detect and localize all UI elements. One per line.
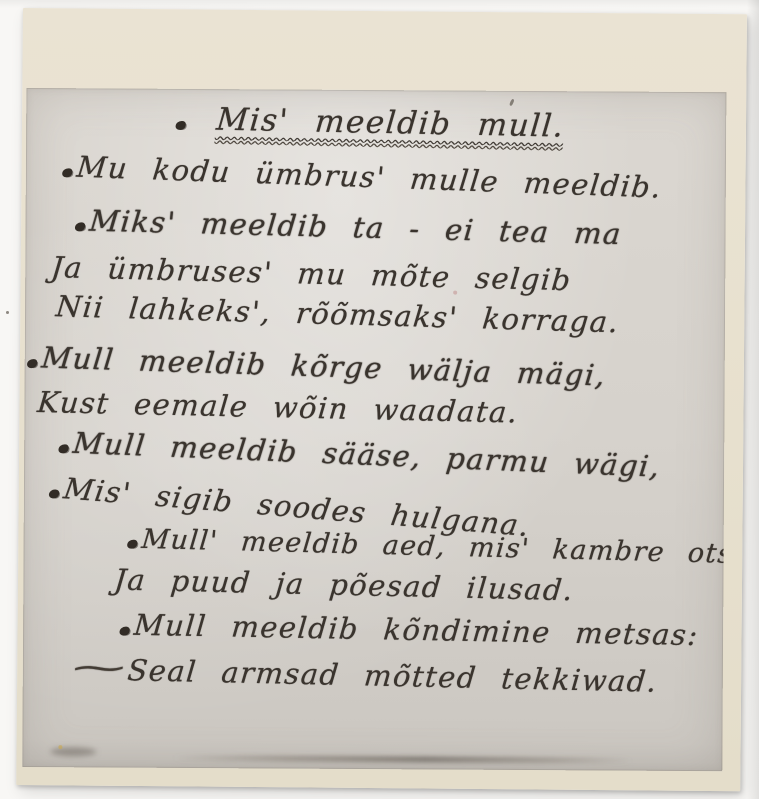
ink-smudge (172, 755, 632, 764)
poem-title: Mis' meeldib mull. (175, 103, 566, 143)
poem-line-7: Mull meeldib sääse, parmu wägi, (58, 427, 663, 482)
poem-line-12: Seal armsad mõtted tekkiwad. (86, 654, 659, 697)
poem-line-3: Ja ümbruses' mu mõte selgib (50, 252, 573, 296)
manuscript-photo: Mis' meeldib mull. Mu kodu ümbrus' mulle… (22, 88, 726, 771)
title-underline: Mis' meeldib mull. (215, 102, 566, 145)
poem-line-10: Ja puud ja põesad ilusad. (113, 565, 575, 606)
poem-line-4: Nii lahkeks', rõõmsaks' korraga. (55, 291, 621, 338)
paper-speck (58, 745, 62, 749)
scan-shadow-right (747, 0, 759, 799)
poem-line-9: Mull' meeldib aed, mis' kambre otsas: (126, 526, 726, 571)
scan-shadow-top (0, 0, 759, 8)
photo-mount-card: Mis' meeldib mull. Mu kodu ümbrus' mulle… (16, 8, 747, 791)
ink-speck (509, 99, 515, 107)
ink-smudge-corner (50, 747, 96, 756)
poem-line-6: Kust eemale wõin waadata. (36, 387, 520, 428)
poem-line-1: Mu kodu ümbrus' mulle meeldib. (61, 151, 663, 203)
scan-background: { "page": { "description": "Photograph o… (0, 0, 759, 799)
poem-line-5: Mull meeldib kõrge wälja mägi, (26, 342, 607, 391)
poem-line-11: Mull meeldib kõndimine metsas: (119, 610, 700, 651)
poem-line-2: Miks' meeldib ta - ei tea ma (74, 205, 623, 249)
paper-speck (6, 311, 9, 314)
paper-speck (453, 291, 457, 295)
